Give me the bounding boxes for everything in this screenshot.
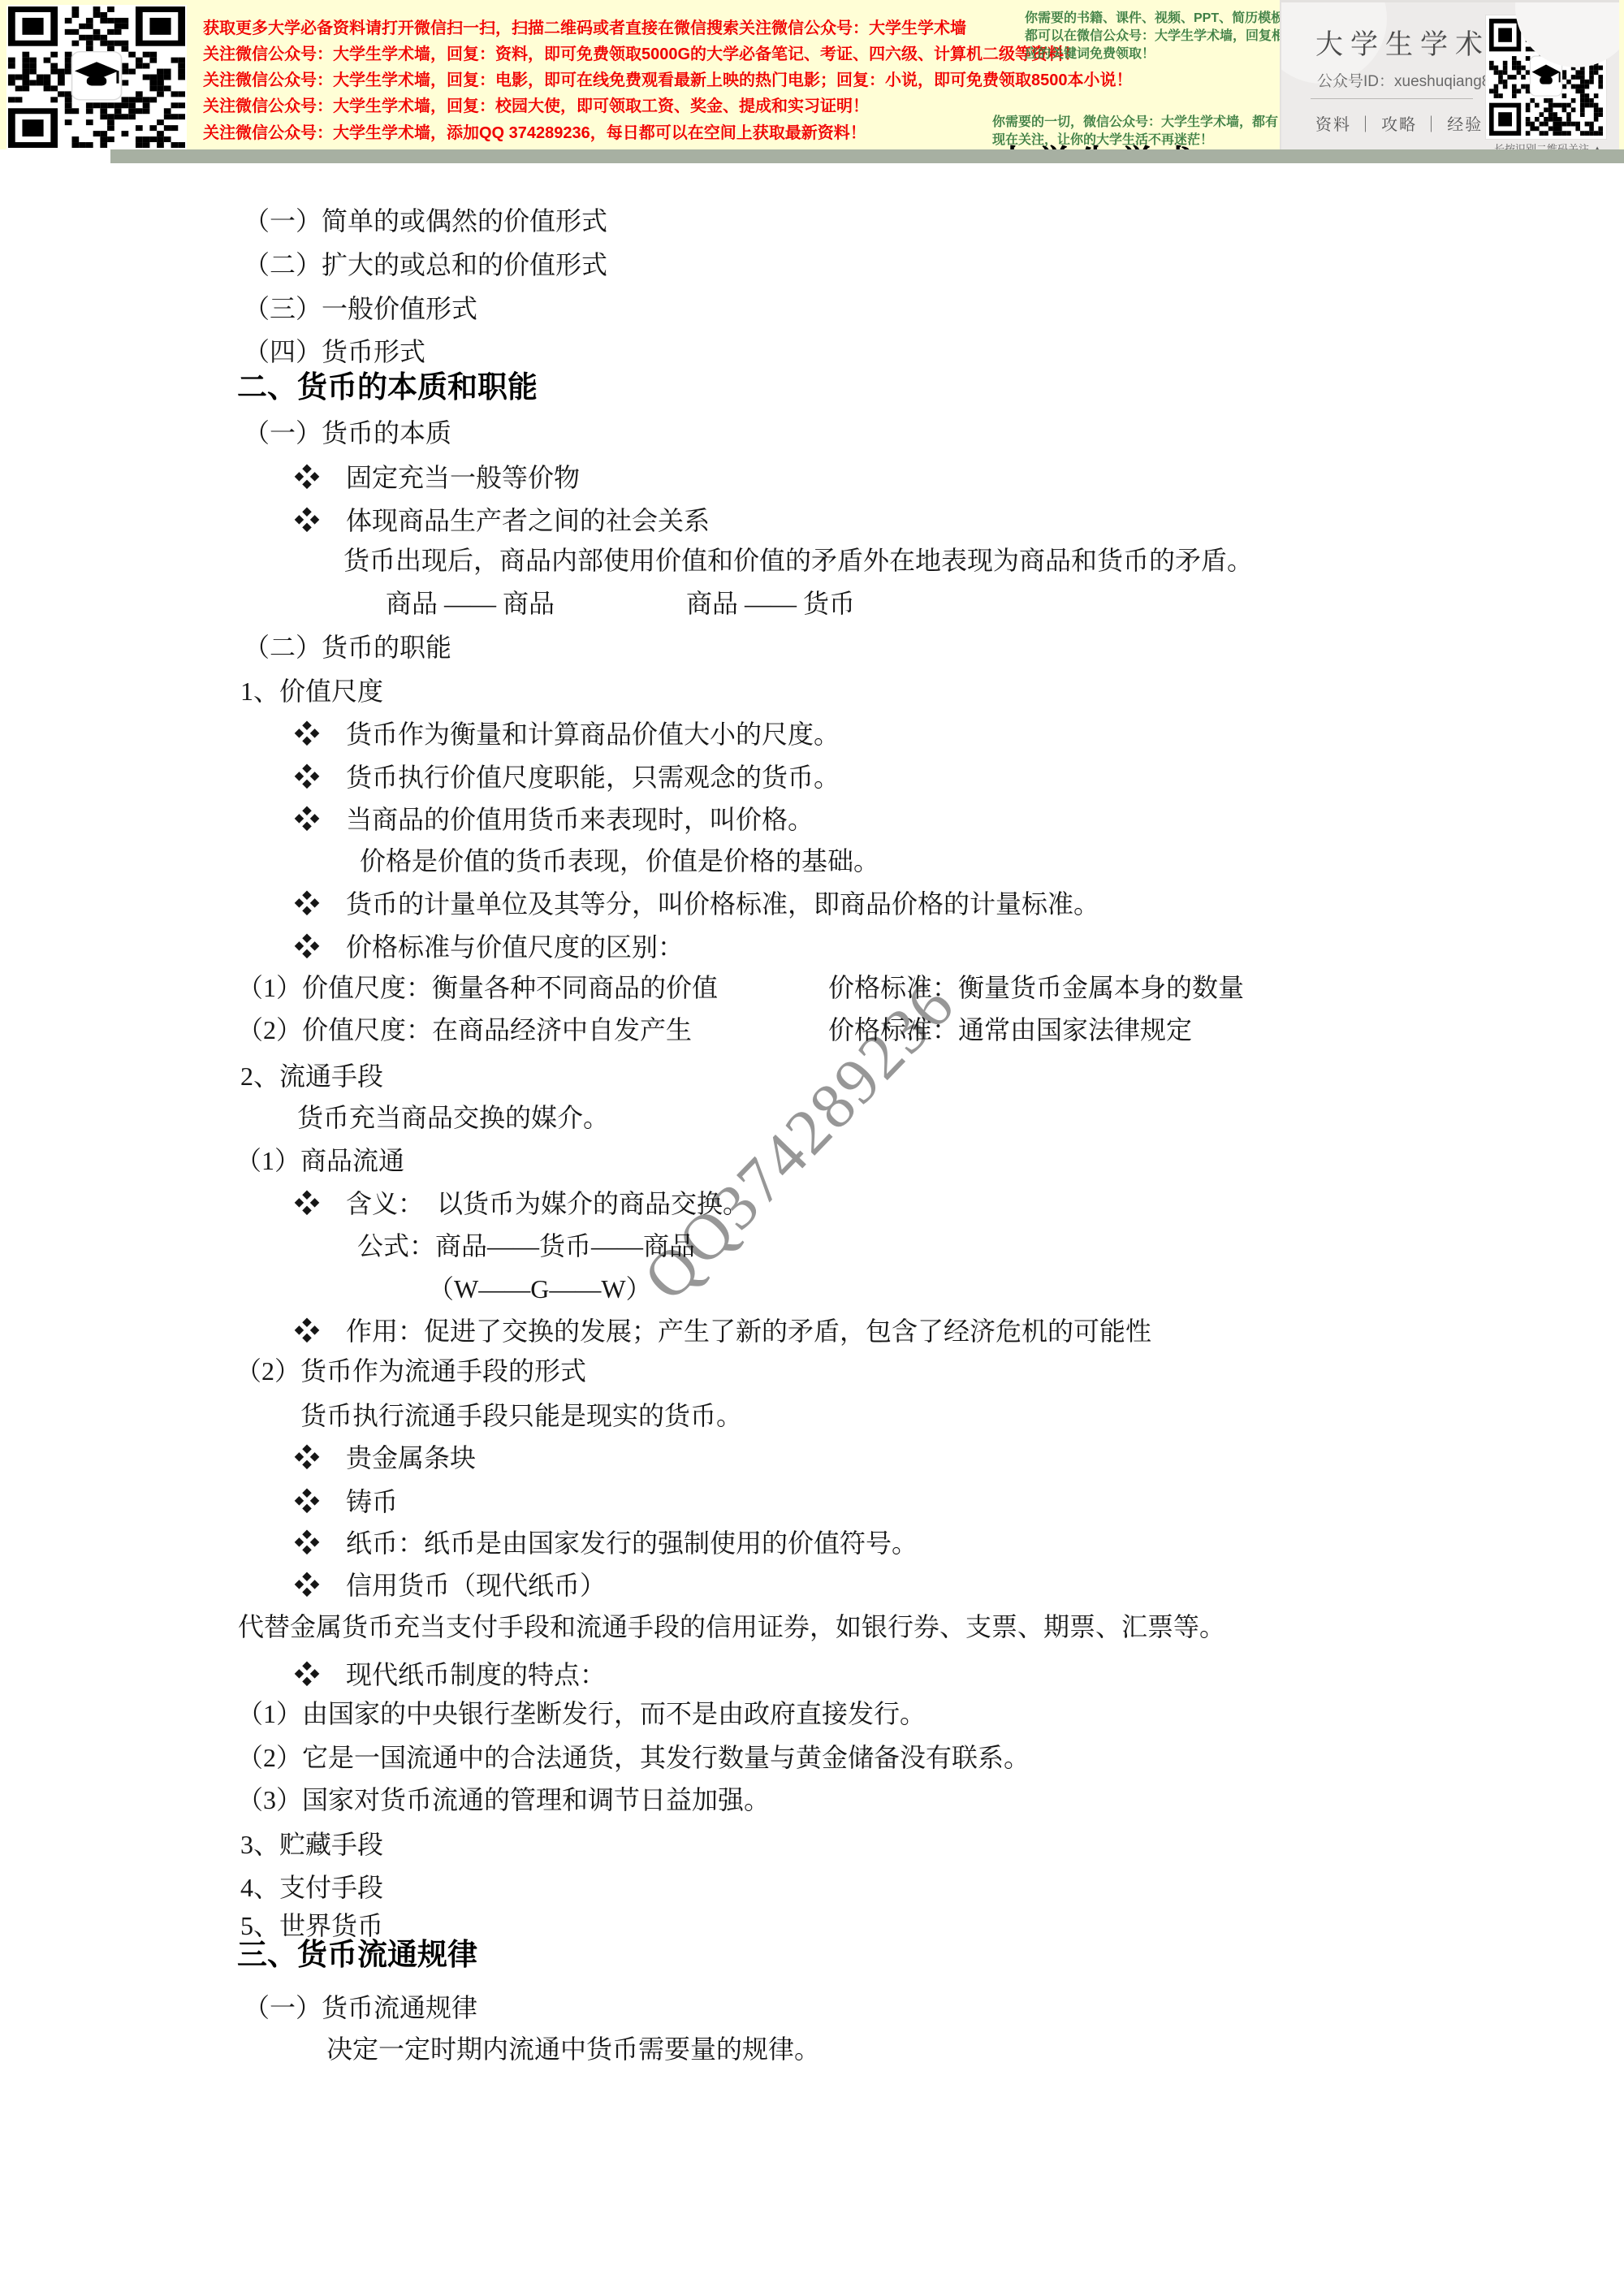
qr-code-icon <box>8 6 185 148</box>
doc-line: ❖ 价格标准与价值尺度的区别： <box>294 931 684 963</box>
doc-line: ❖ 作用：促进了交换的发展；产生了新的矛盾，包含了经济危机的可能性 <box>294 1315 1151 1347</box>
banner-promo-line: 关注微信公众号：大学生学术墙，回复：电影，即可在线免费观看最新上映的热门电影；回… <box>203 70 1133 91</box>
doc-line: （1）商品流通 <box>235 1144 404 1177</box>
doc-line: 5、世界货币 <box>240 1909 383 1942</box>
doc-line: 4、支付手段 <box>240 1871 383 1904</box>
banner-bottom-strip <box>0 149 1624 163</box>
doc-line: 2、流通手段 <box>240 1060 383 1092</box>
doc-line: 价格标准：通常由国家法律规定 <box>828 1014 1192 1046</box>
doc-line: ❖ 现代纸币制度的特点： <box>294 1658 606 1691</box>
doc-line: ❖ 体现商品生产者之间的社会关系 <box>294 504 710 537</box>
doc-line: （四）货币形式 <box>244 335 425 368</box>
doc-line: ❖ 货币的计量单位及其等分，叫价格标准，即商品价格的计量标准。 <box>294 888 1099 920</box>
brand-zone: 大学生学术墙 公众号ID：xueshuqiang8888 资料 ｜ 攻略 ｜ 经… <box>1280 0 1624 149</box>
banner-promo-line: 关注微信公众号：大学生学术墙，添加QQ 374289236，每日都可以在空间上获… <box>203 123 866 144</box>
doc-line: 货币执行流通手段只能是现实的货币。 <box>300 1399 742 1432</box>
doc-line: ❖ 固定充当一般等价物 <box>294 461 580 494</box>
doc-line: （一）货币的本质 <box>244 417 451 449</box>
qr-code-icon <box>1489 19 1603 136</box>
doc-line: （3）国家对货币流通的管理和调节日益加强。 <box>237 1784 770 1816</box>
banner-promo-line: 获取更多大学必备资料请打开微信扫一扫，扫描二维码或者直接在微信搜索关注微信公众号… <box>203 18 966 39</box>
doc-line: 公式：商品——货币——商品 <box>357 1230 695 1262</box>
doc-line: （一）货币流通规律 <box>244 1991 477 2024</box>
doc-line: ❖ 信用货币（现代纸币） <box>294 1569 606 1602</box>
doc-line: 1、价值尺度 <box>240 675 383 707</box>
doc-line: 商品 —— 商品 <box>386 587 555 620</box>
brand-card: 大学生学术墙 公众号ID：xueshuqiang8888 资料 ｜ 攻略 ｜ 经… <box>1281 2 1621 151</box>
doc-line: ❖ 货币执行价值尺度职能，只需观念的货币。 <box>294 761 840 793</box>
doc-line: 价格标准：衡量货币金属本身的数量 <box>828 971 1244 1004</box>
banner-promo-line: 关注微信公众号：大学生学术墙，回复：资料，即可免费领取5000G的大学必备笔记、… <box>203 44 1080 65</box>
doc-line: （1）由国家的中央银行垄断发行，而不是由政府直接发行。 <box>237 1697 926 1730</box>
doc-line: ❖ 含义： 以货币为媒介的商品交换。 <box>294 1187 749 1220</box>
doc-line: ❖ 铸币 <box>294 1485 398 1518</box>
doc-line: 决定一定时期内流通中货币需要量的规律。 <box>326 2033 820 2065</box>
doc-line: （W——G——W） <box>428 1273 652 1305</box>
doc-line: （二）货币的职能 <box>244 631 451 664</box>
doc-line: 代替金属货币充当支付手段和流通手段的信用证券，如银行券、支票、期票、汇票等。 <box>238 1611 1225 1643</box>
side-note-text: 你需要的书籍、课件、视频、PPT、简历模板都可以在微信公众号：大学生学术墙，回复… <box>1025 10 1288 63</box>
doc-line: ❖ 当商品的价值用货币来表现时，叫价格。 <box>294 803 814 836</box>
banner-promo-line: 关注微信公众号：大学生学术墙，回复：校园大使，即可领取工资、奖金、提成和实习证明… <box>203 96 869 117</box>
doc-line: 货币充当商品交换的媒介。 <box>297 1101 609 1134</box>
ad-banner: 获取更多大学必备资料请打开微信扫一扫，扫描二维码或者直接在微信搜索关注微信公众号… <box>0 0 1280 149</box>
doc-line: ❖ 纸币：纸币是由国家发行的强制使用的价值符号。 <box>294 1527 918 1559</box>
doc-heading: 三、货币流通规律 <box>237 1939 477 1971</box>
doc-line: （2）价值尺度：在商品经济中自发产生 <box>237 1014 692 1046</box>
doc-line: （2）它是一国流通中的合法通货，其发行数量与黄金储备没有联系。 <box>237 1741 1030 1774</box>
doc-line: （三）一般价值形式 <box>244 292 477 325</box>
banner-side-note-1: 你需要的书籍、课件、视频、PPT、简历模板都可以在微信公众号：大学生学术墙，回复… <box>1025 10 1288 63</box>
doc-heading: 二、货币的本质和职能 <box>237 371 538 404</box>
qr-code-left-card <box>6 5 187 149</box>
doc-line: ❖ 贵金属条块 <box>294 1442 476 1474</box>
qr-code-right-card <box>1486 15 1606 139</box>
doc-line: 价格是价值的货币表现，价值是价格的基础。 <box>360 845 879 877</box>
doc-line: 3、贮藏手段 <box>240 1828 383 1861</box>
divider <box>1311 98 1473 99</box>
banner-edge <box>1619 0 1624 149</box>
doc-line: （一）简单的或偶然的价值形式 <box>244 205 607 237</box>
doc-line: 货币出现后，商品内部使用价值和价值的矛盾外在地表现为商品和货币的矛盾。 <box>343 544 1253 577</box>
doc-line: ❖ 货币作为衡量和计算商品价值大小的尺度。 <box>294 718 840 750</box>
doc-line: （2）货币作为流通手段的形式 <box>235 1355 586 1387</box>
doc-line: （二）扩大的或总和的价值形式 <box>244 249 607 281</box>
doc-line: 商品 —— 货币 <box>686 587 855 620</box>
qr-card-overhang <box>0 149 110 163</box>
doc-line: （1）价值尺度：衡量各种不同商品的价值 <box>237 971 718 1004</box>
